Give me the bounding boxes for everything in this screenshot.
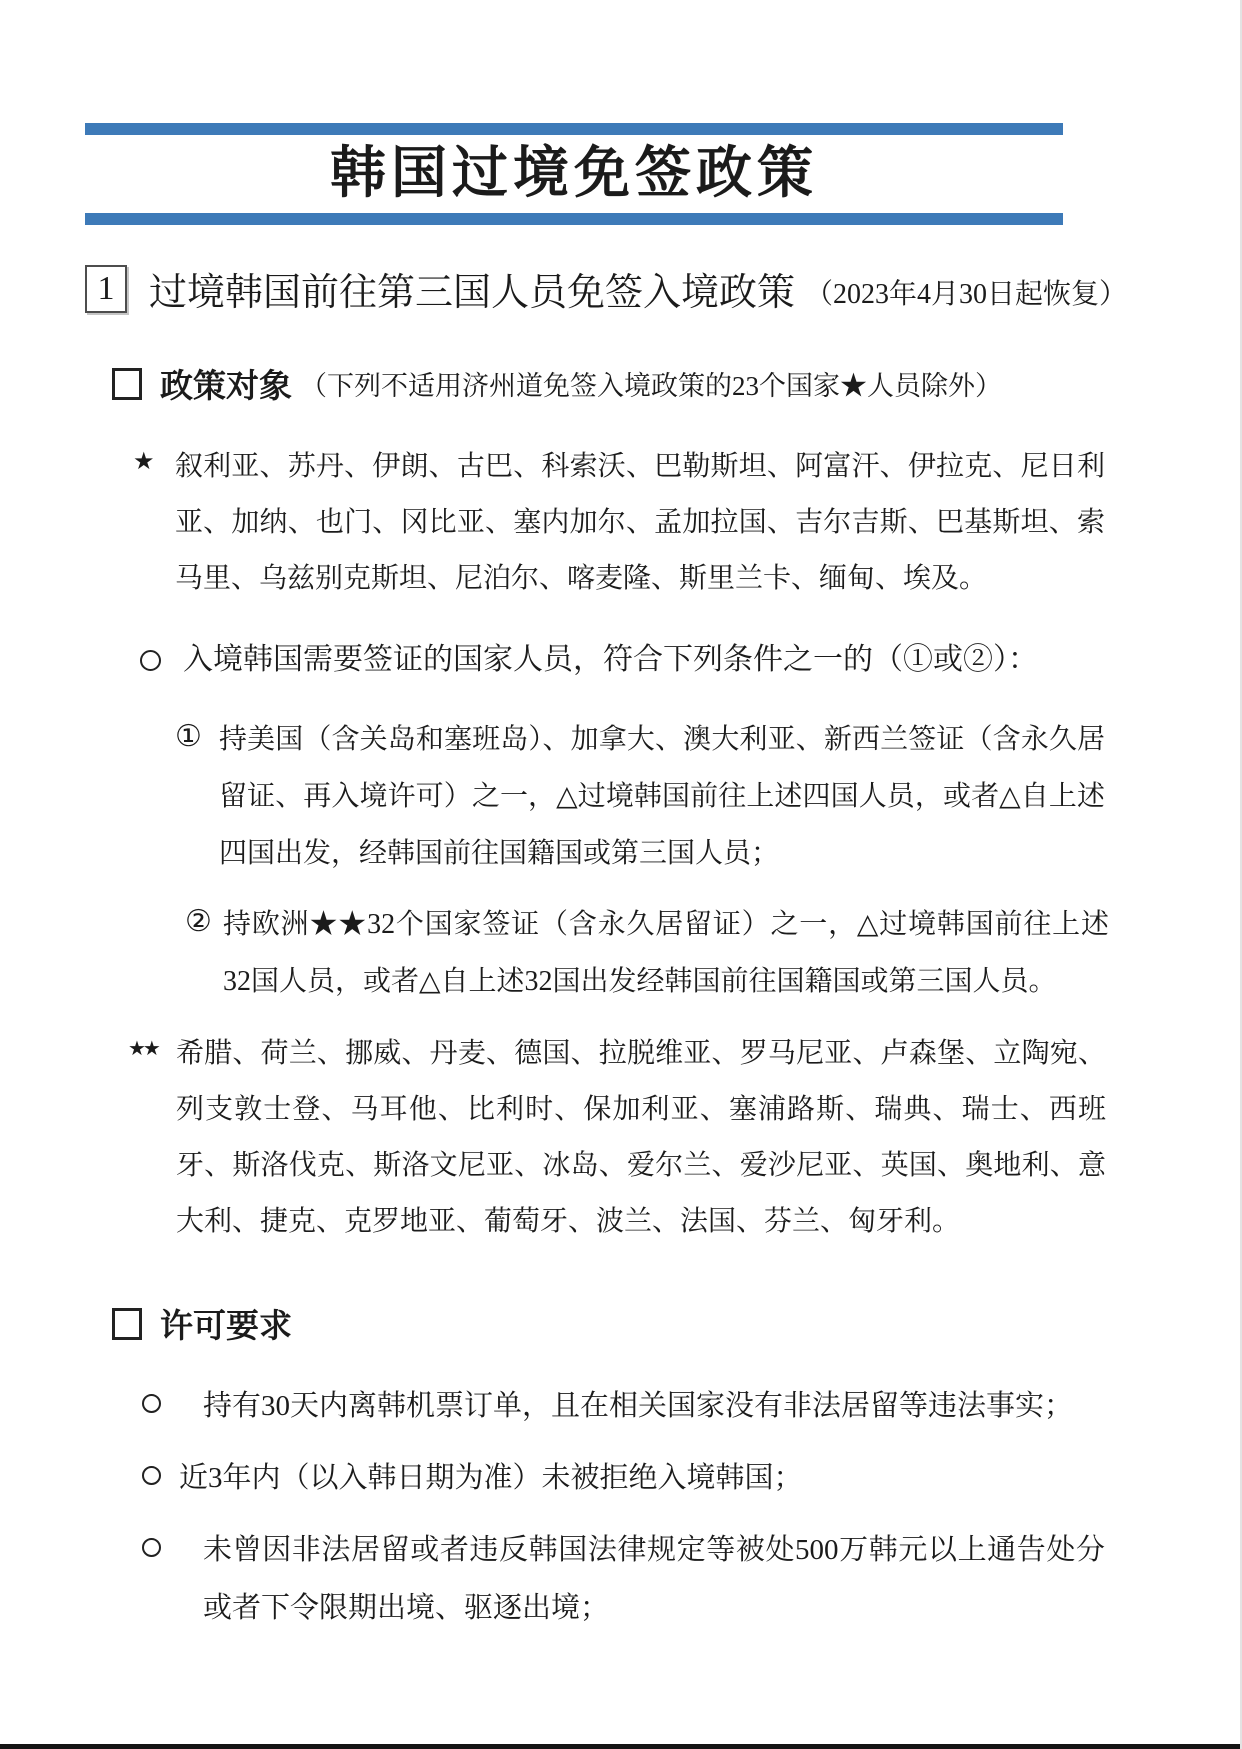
section-number: 1 xyxy=(98,270,115,308)
policy-target-note: （下列不适用济州道免签入境政策的23个国家★人员除外） xyxy=(300,364,1002,403)
circle-bullet-icon xyxy=(140,650,161,671)
circle-bullet-icon xyxy=(142,1538,161,1557)
title-top-rule xyxy=(85,123,1063,135)
requirements-heading: 许可要求 xyxy=(112,1300,1240,1347)
condition-2-item: ② 持欧洲★★32个国家签证（含永久居留证）之一，△过境韩国前往上述32国人员，… xyxy=(185,896,1240,1010)
requirement-item: 未曾因非法居留或者违反韩国法律规定等被处500万韩元以上通告处分或者下令限期出境… xyxy=(142,1521,1240,1637)
section-1-note: （2023年4月30日起恢复） xyxy=(805,266,1127,312)
section-1-heading: 1 过境韩国前往第三国人员免签入境政策 （2023年4月30日起恢复） xyxy=(85,261,1240,316)
document-title: 韩国过境免签政策 xyxy=(85,141,1063,207)
requirement-3-text: 未曾因非法居留或者违反韩国法律规定等被处500万韩元以上通告处分或者下令限期出境… xyxy=(203,1521,1105,1637)
scan-bottom-edge xyxy=(0,1744,1240,1749)
policy-target-label: 政策对象 xyxy=(160,360,292,407)
circled-2-icon: ② xyxy=(185,896,223,1010)
european-countries-text: 希腊、荷兰、挪威、丹麦、德国、拉脱维亚、罗马尼亚、卢森堡、立陶宛、列支敦士登、马… xyxy=(176,1026,1106,1250)
condition-2-text: 持欧洲★★32个国家签证（含永久居留证）之一，△过境韩国前往上述32国人员，或者… xyxy=(223,896,1109,1010)
requirement-item: 持有30天内离韩机票订单，且在相关国家没有非法居留等违法事实； xyxy=(142,1377,1240,1435)
section-1-title: 过境韩国前往第三国人员免签入境政策 xyxy=(149,261,795,316)
visa-required-intro-item: 入境韩国需要签证的国家人员，符合下列条件之一的（①或②）： xyxy=(140,637,1240,683)
checkbox-square-icon xyxy=(112,368,142,400)
visa-required-intro-text: 入境韩国需要签证的国家人员，符合下列条件之一的（①或②）： xyxy=(183,637,1038,683)
star-icon: ★ xyxy=(133,439,175,607)
condition-1-text: 持美国（含关岛和塞班岛）、加拿大、澳大利亚、新西兰签证（含永久居留证、再入境许可… xyxy=(219,711,1105,882)
excluded-countries-text: 叙利亚、苏丹、伊朗、古巴、科索沃、巴勒斯坦、阿富汗、伊拉克、尼日利亚、加纳、也门… xyxy=(175,439,1105,607)
excluded-countries-item: ★ 叙利亚、苏丹、伊朗、古巴、科索沃、巴勒斯坦、阿富汗、伊拉克、尼日利亚、加纳、… xyxy=(133,439,1240,607)
checkbox-square-icon xyxy=(112,1308,142,1340)
requirement-2-text: 近3年内（以入韩日期为准）未被拒绝入境韩国； xyxy=(179,1449,1081,1507)
european-countries-item: ★★ 希腊、荷兰、挪威、丹麦、德国、拉脱维亚、罗马尼亚、卢森堡、立陶宛、列支敦士… xyxy=(128,1026,1240,1250)
requirements-label: 许可要求 xyxy=(160,1300,292,1347)
policy-target-heading: 政策对象 （下列不适用济州道免签入境政策的23个国家★人员除外） xyxy=(112,360,1240,407)
section-number-box: 1 xyxy=(85,265,127,313)
double-star-icon: ★★ xyxy=(128,1026,176,1250)
circled-1-icon: ① xyxy=(175,711,219,882)
circle-bullet-icon xyxy=(142,1394,161,1413)
document-page: 韩国过境免签政策 1 过境韩国前往第三国人员免签入境政策 （2023年4月30日… xyxy=(0,0,1242,1749)
requirement-item: 近3年内（以入韩日期为准）未被拒绝入境韩国； xyxy=(142,1449,1240,1507)
condition-1-item: ① 持美国（含关岛和塞班岛）、加拿大、澳大利亚、新西兰签证（含永久居留证、再入境… xyxy=(175,711,1240,882)
circle-bullet-icon xyxy=(142,1466,161,1485)
requirement-1-text: 持有30天内离韩机票订单，且在相关国家没有非法居留等违法事实； xyxy=(203,1377,1105,1435)
title-bottom-rule xyxy=(85,213,1063,225)
